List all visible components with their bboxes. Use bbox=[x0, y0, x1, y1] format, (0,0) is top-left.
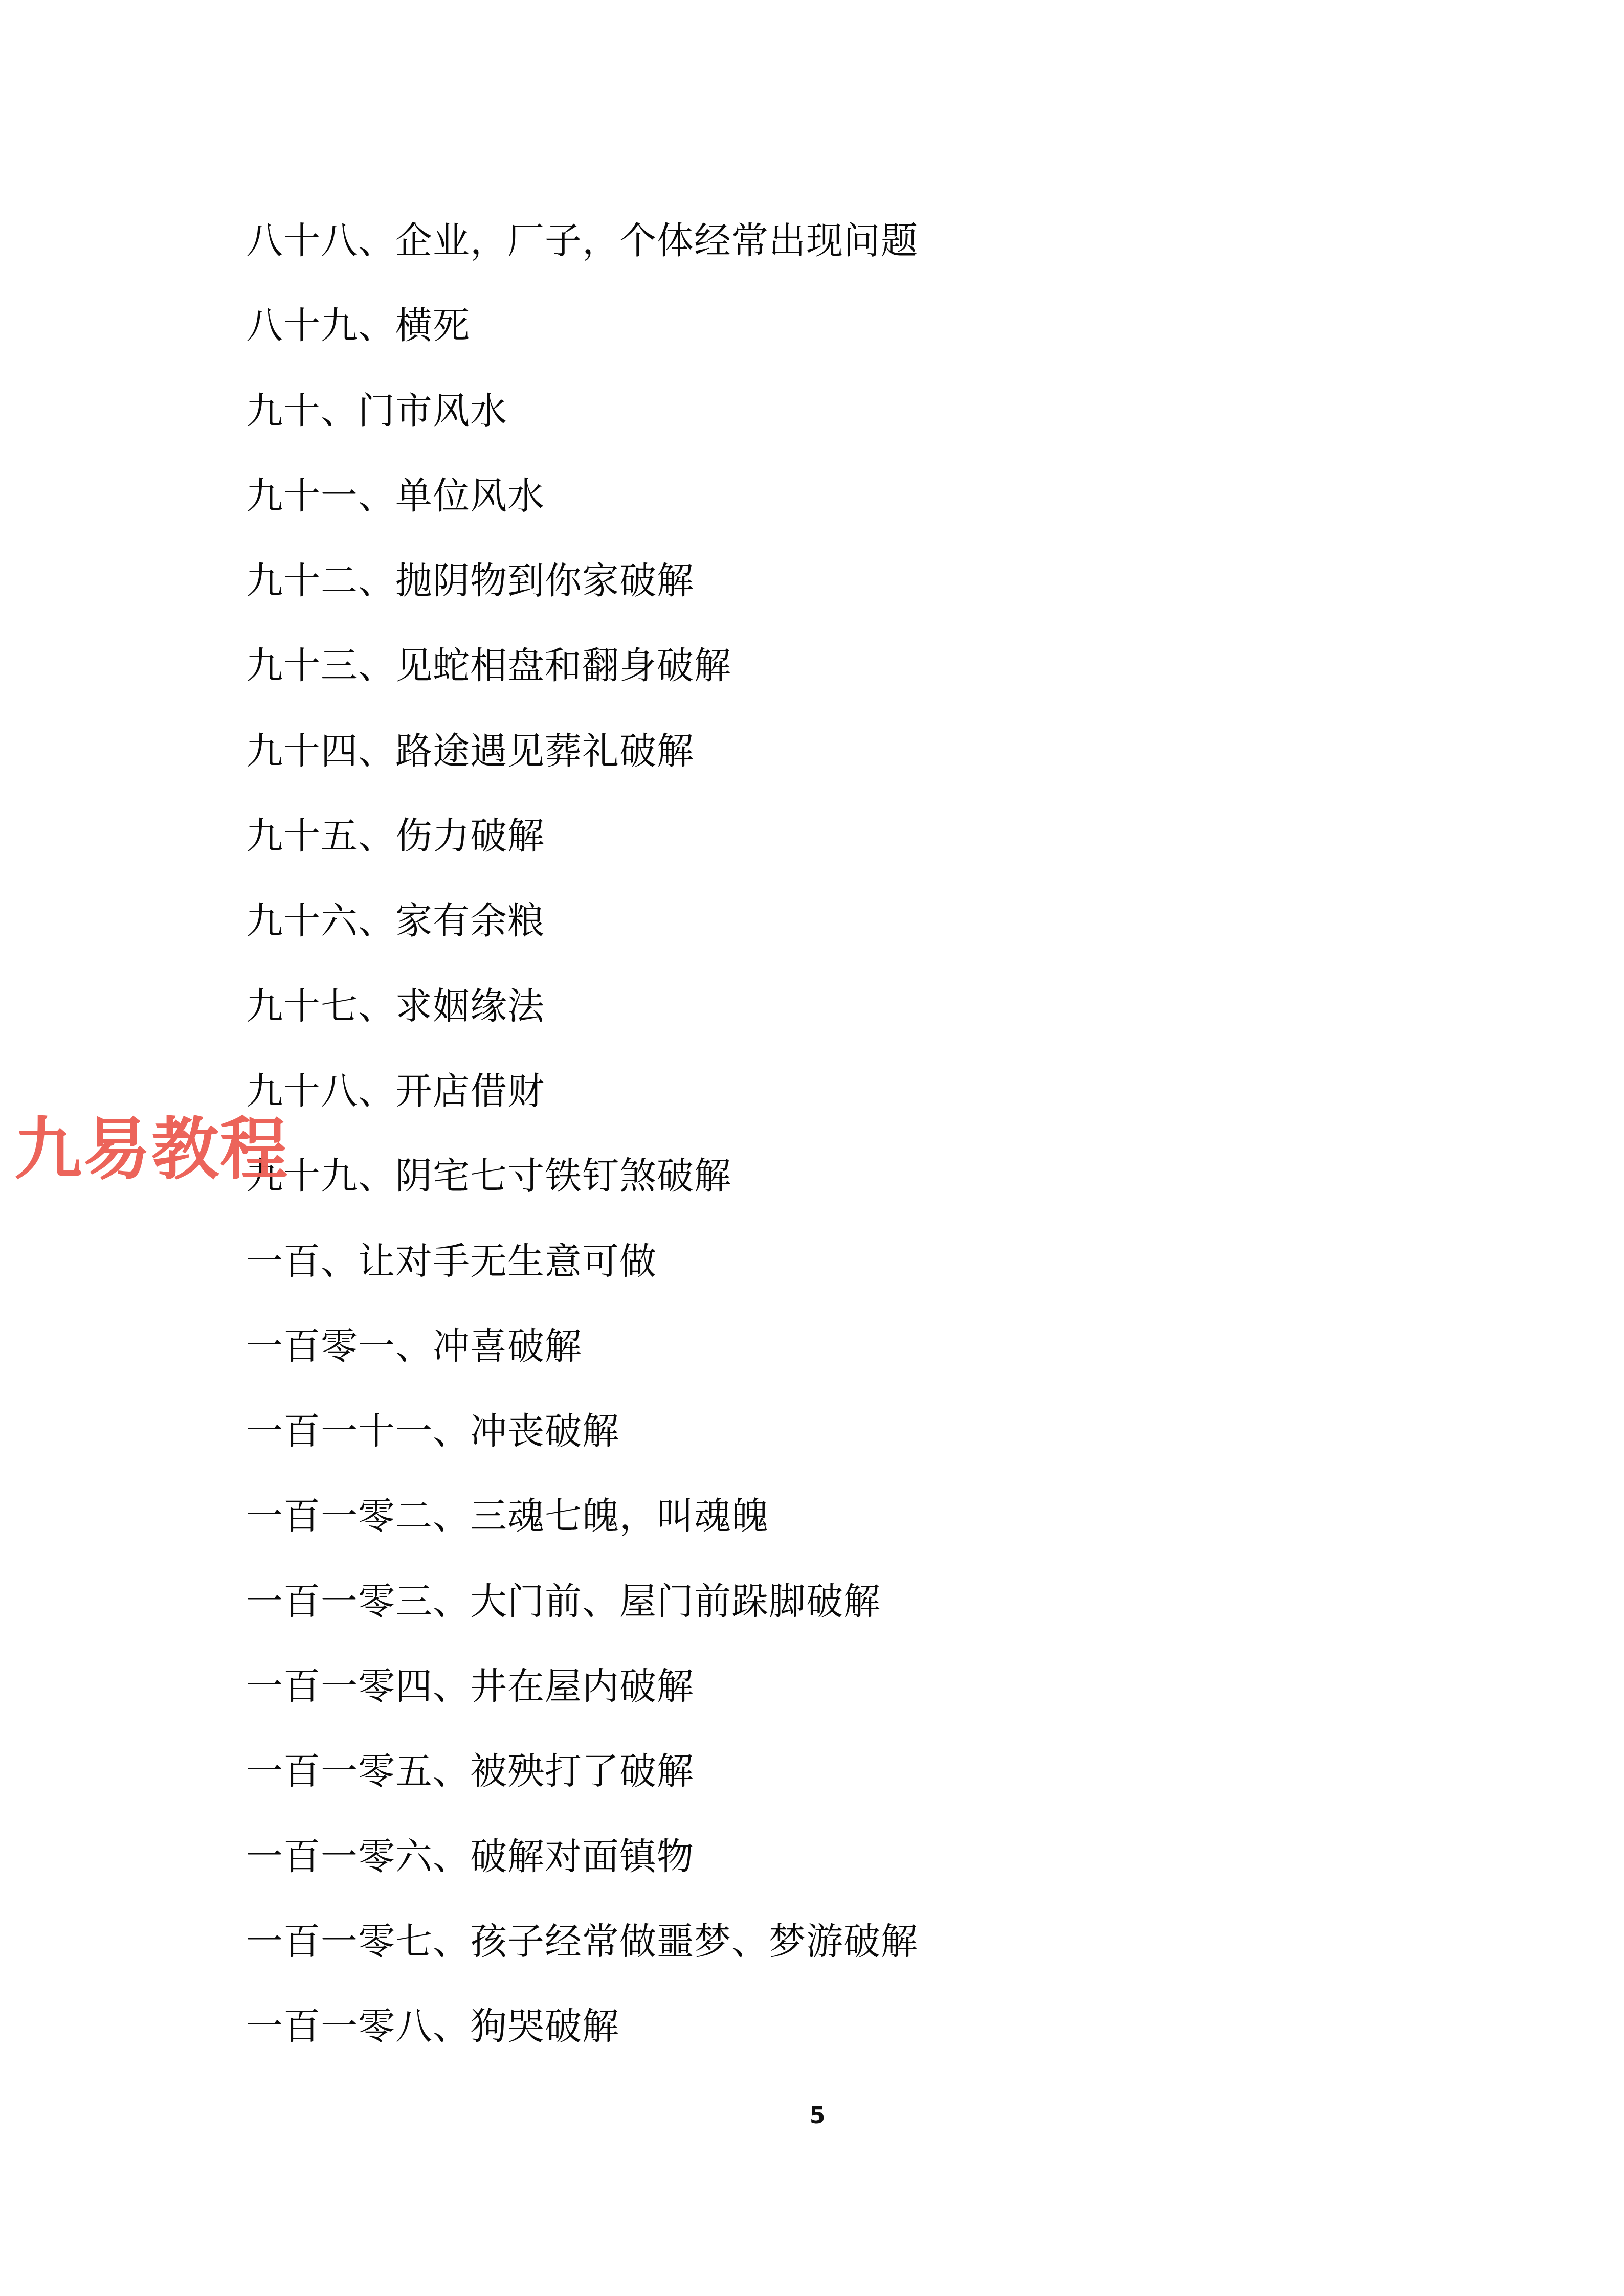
toc-item-88: 八十八、企业，厂子，个体经常出现问题 bbox=[246, 198, 918, 283]
toc-item-96: 九十六、家有余粮 bbox=[246, 878, 918, 963]
table-of-contents: 八十八、企业，厂子，个体经常出现问题 八十九、横死 九十、门市风水 九十一、单位… bbox=[246, 198, 918, 2069]
toc-item-90: 九十、门市风水 bbox=[246, 368, 918, 453]
watermark-logo: 九易教程 bbox=[14, 1109, 288, 1190]
toc-item-103: 一百一零三、大门前、屋门前跺脚破解 bbox=[246, 1559, 918, 1644]
toc-item-89: 八十九、横死 bbox=[246, 283, 918, 368]
toc-item-107: 一百一零七、孩子经常做噩梦、梦游破解 bbox=[246, 1899, 918, 1984]
toc-item-105: 一百一零五、被殃打了破解 bbox=[246, 1728, 918, 1813]
page-number: 5 bbox=[792, 2101, 843, 2131]
toc-item-104: 一百一零四、井在屋内破解 bbox=[246, 1644, 918, 1728]
toc-item-94: 九十四、路途遇见葬礼破解 bbox=[246, 708, 918, 793]
toc-item-111: 一百一十一、冲丧破解 bbox=[246, 1388, 918, 1473]
document-page: 八十八、企业，厂子，个体经常出现问题 八十九、横死 九十、门市风水 九十一、单位… bbox=[0, 0, 1624, 2296]
toc-item-100: 一百、让对手无生意可做 bbox=[246, 1219, 918, 1303]
toc-item-106: 一百一零六、破解对面镇物 bbox=[246, 1814, 918, 1899]
toc-item-97: 九十七、求姻缘法 bbox=[246, 963, 918, 1048]
toc-item-101: 一百零一、冲喜破解 bbox=[246, 1303, 918, 1388]
toc-item-98: 九十八、开店借财 bbox=[246, 1048, 918, 1133]
toc-item-93: 九十三、见蛇相盘和翻身破解 bbox=[246, 623, 918, 708]
toc-item-108: 一百一零八、狗哭破解 bbox=[246, 1984, 918, 2068]
toc-item-102: 一百一零二、三魂七魄，叫魂魄 bbox=[246, 1473, 918, 1558]
toc-item-99: 九十九、阴宅七寸铁钉煞破解 bbox=[246, 1133, 918, 1218]
toc-item-95: 九十五、伤力破解 bbox=[246, 793, 918, 878]
toc-item-92: 九十二、抛阴物到你家破解 bbox=[246, 538, 918, 623]
toc-item-91: 九十一、单位风水 bbox=[246, 453, 918, 538]
